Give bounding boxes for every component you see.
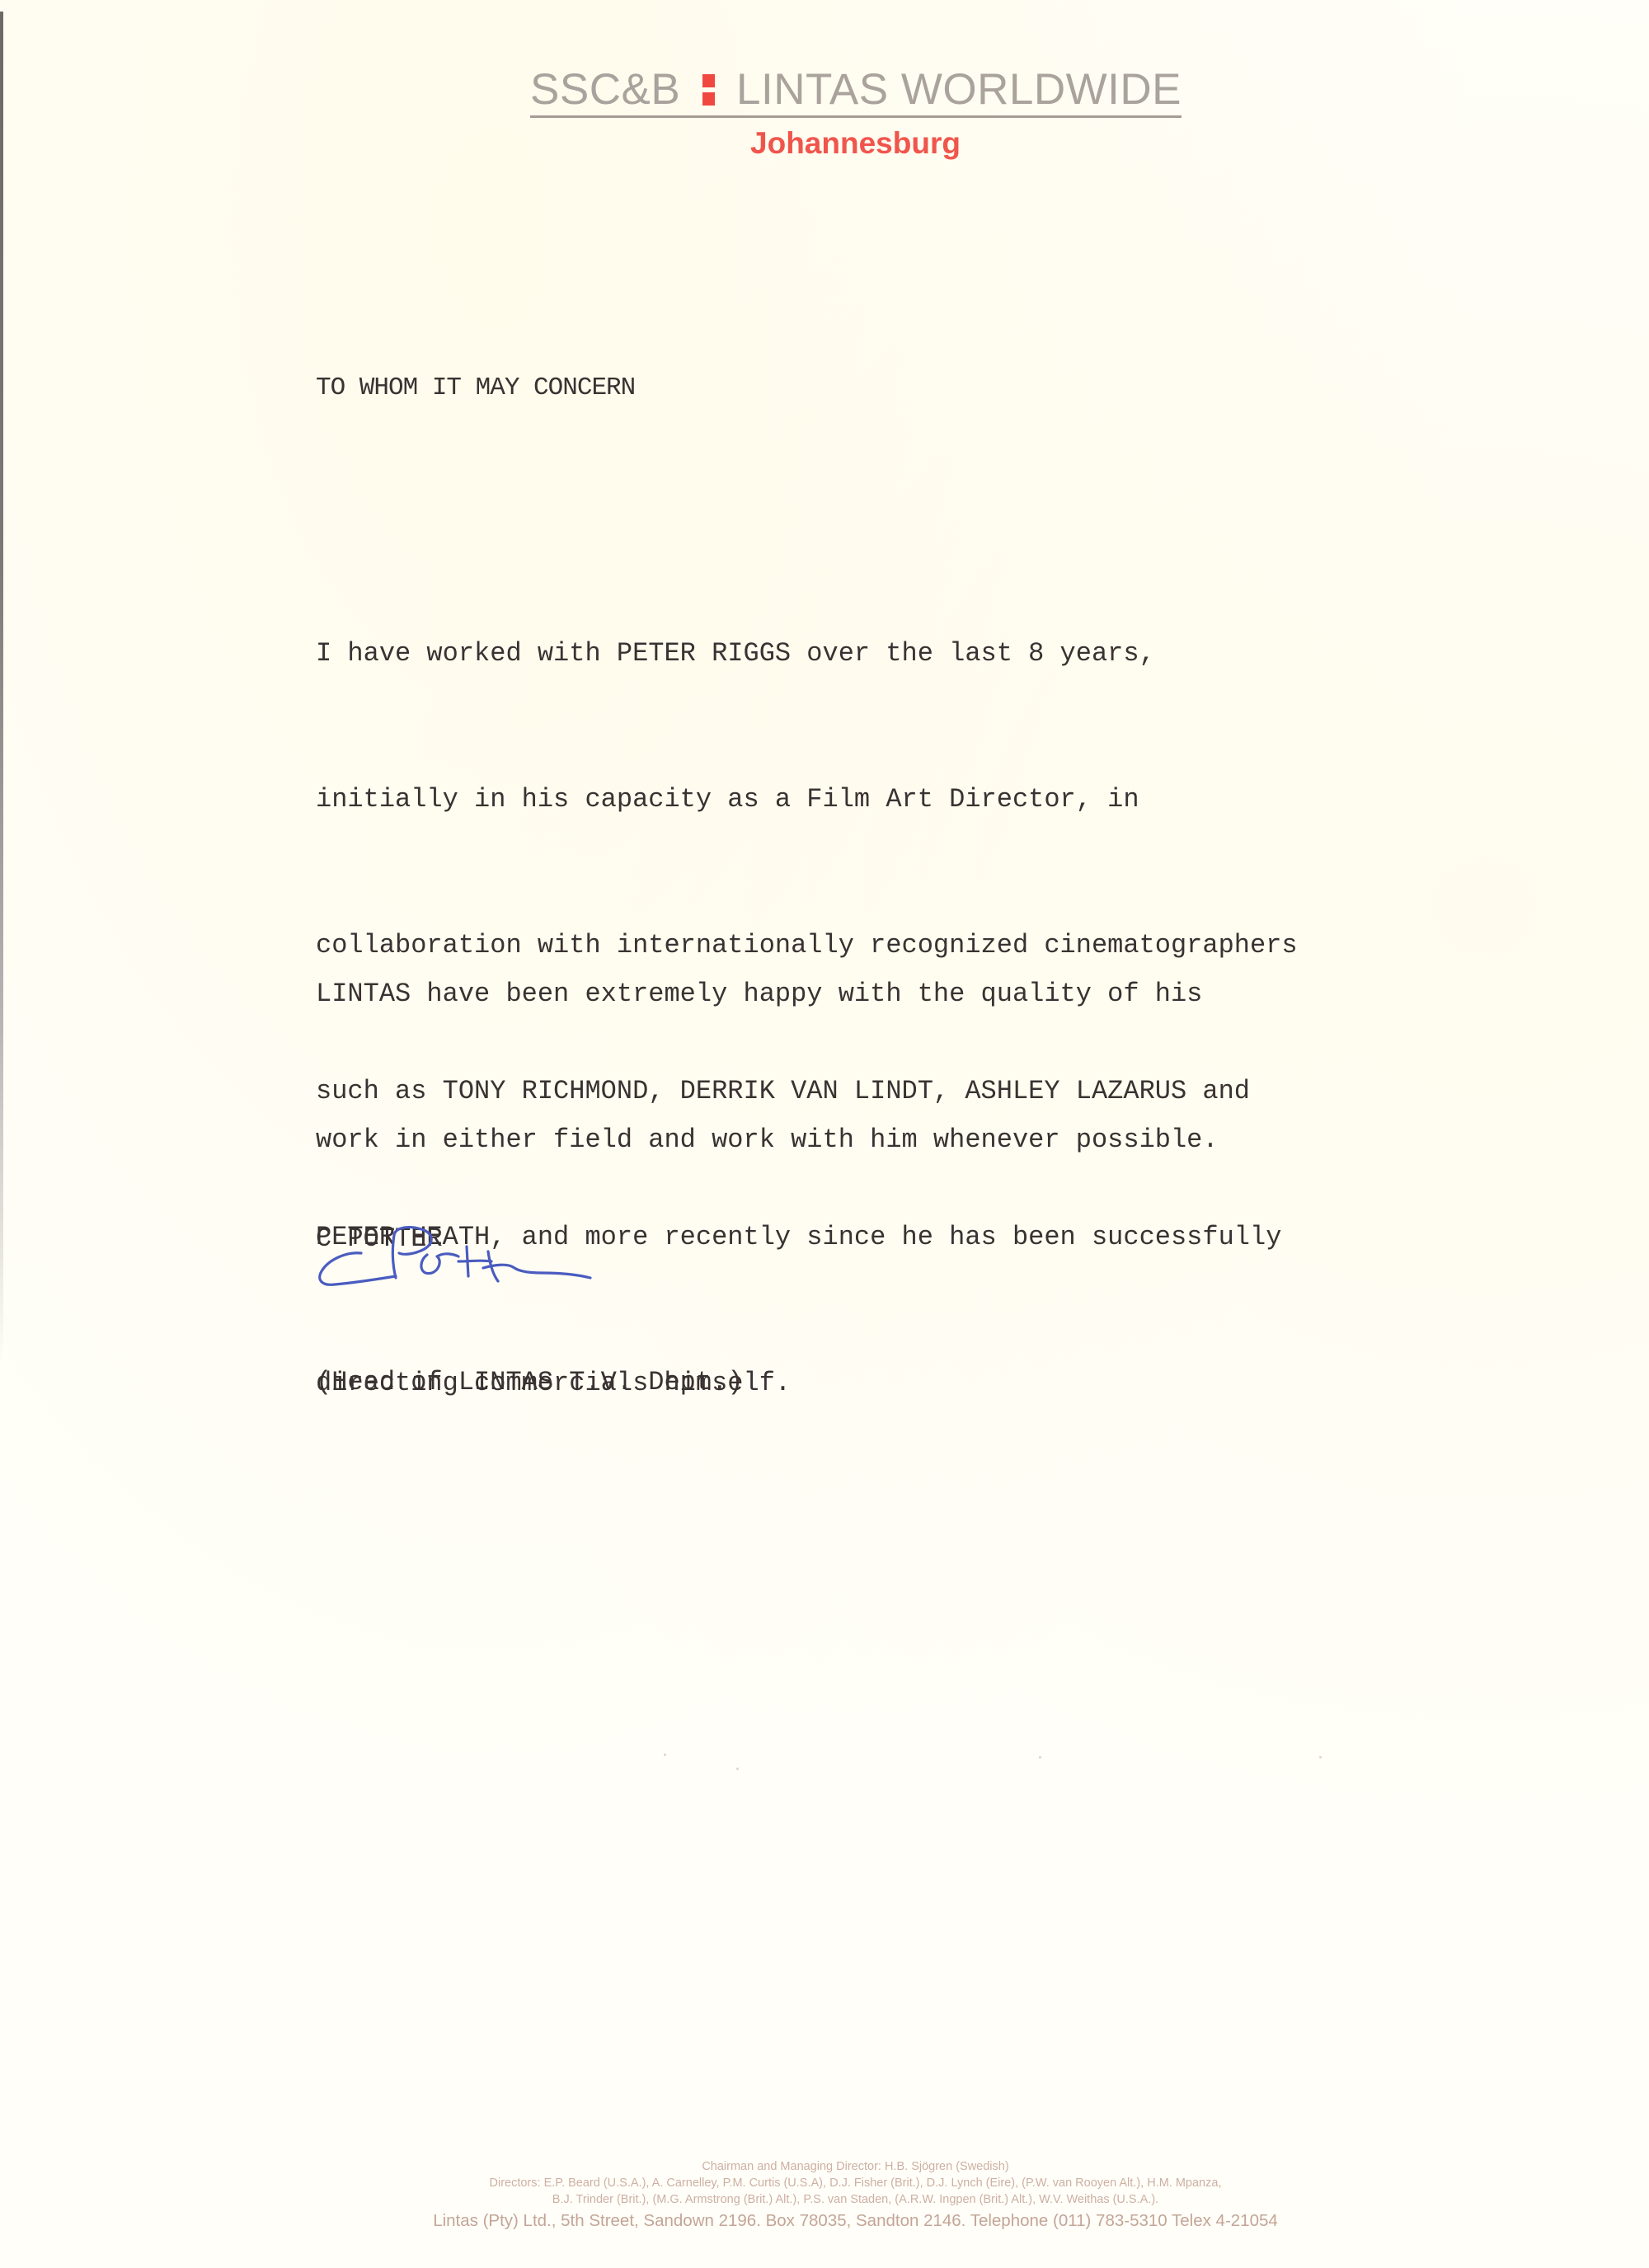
paper-speck (1319, 1756, 1322, 1759)
paragraph-line: I have worked with PETER RIGGS over the … (316, 629, 1298, 678)
letterhead-divider (530, 115, 1182, 118)
paper-speck (1039, 1756, 1041, 1759)
company-name-left: SSC&B (530, 66, 680, 114)
salutation: TO WHOM IT MAY CONCERN (316, 373, 635, 402)
footer-address: Lintas (Pty) Ltd., 5th Street, Sandown 2… (0, 2209, 1649, 2233)
logo-colon-mark-icon (702, 74, 715, 106)
signatory-block: C POTTER (Head of LINTAS T.V. Dept.) (316, 1120, 743, 1502)
scan-edge-shadow (0, 12, 3, 1364)
letterhead-city: Johannesburg (0, 126, 1649, 161)
signatory-title: (Head of LINTAS T.V. Dept.) (316, 1359, 743, 1406)
paper-speck (664, 1754, 666, 1756)
letter-page: SSC&B LINTAS WORLDWIDE Johannesburg TO W… (0, 0, 1649, 2268)
letterhead-company: SSC&B LINTAS WORLDWIDE (530, 66, 1182, 114)
handwritten-signature-icon (313, 1219, 610, 1301)
company-name-right: LINTAS WORLDWIDE (736, 66, 1182, 114)
footer-chairman: Chairman and Managing Director: H.B. Sjö… (0, 2158, 1649, 2175)
paragraph-line: initially in his capacity as a Film Art … (316, 775, 1298, 824)
footer-directors-line-1: Directors: E.P. Beard (U.S.A.), A. Carne… (0, 2175, 1649, 2191)
paragraph-line: LINTAS have been extremely happy with th… (316, 970, 1219, 1018)
footer-directors-line-2: B.J. Trinder (Brit.), (M.G. Armstrong (B… (0, 2191, 1649, 2208)
letterhead-footer: Chairman and Managing Director: H.B. Sjö… (0, 2158, 1649, 2233)
paper-speck (736, 1768, 739, 1770)
